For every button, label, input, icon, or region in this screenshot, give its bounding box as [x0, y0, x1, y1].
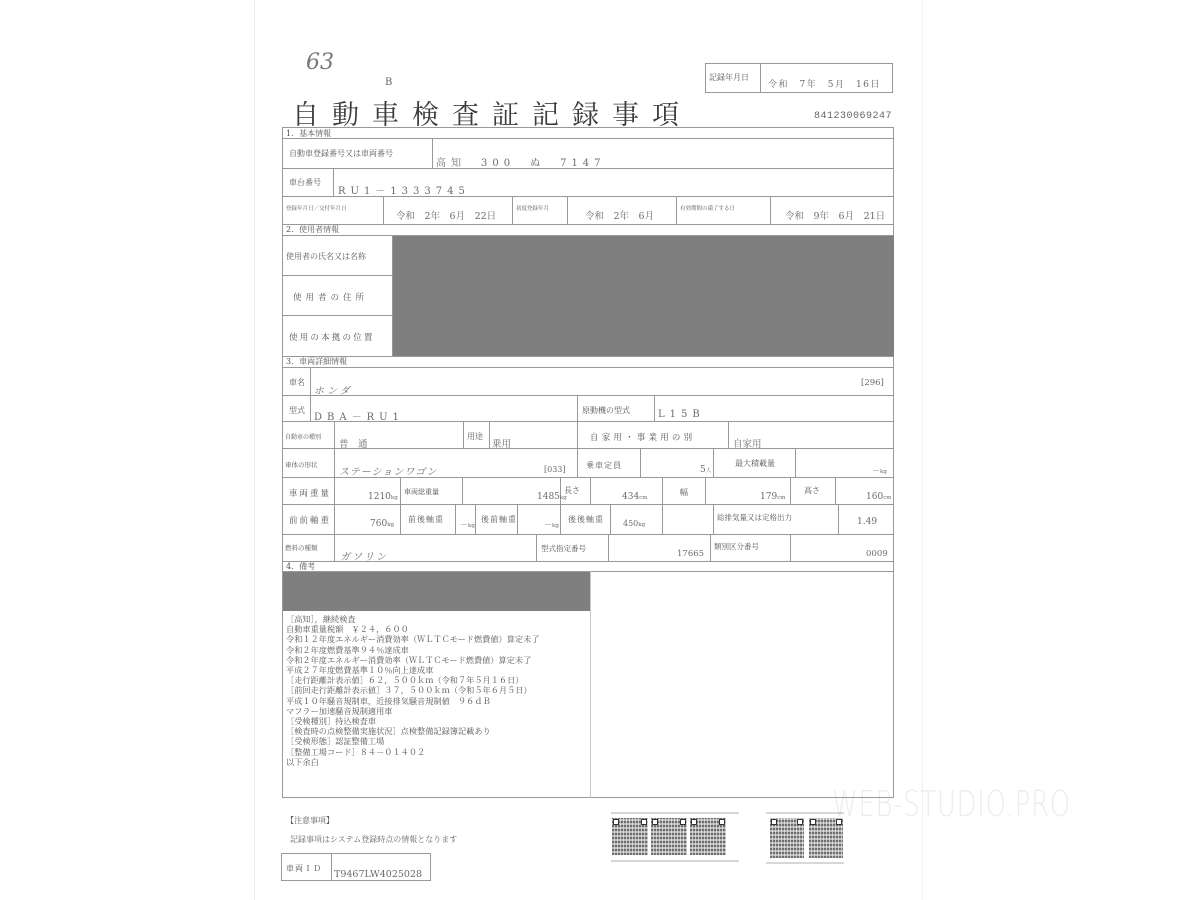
ff-axle-label: 前前軸重 [289, 514, 331, 526]
displacement-label: 総排気量又は定格出力 [717, 512, 792, 523]
remark-line: 令和１２年度エネルギー消費効率（ＷＬＴＣモード燃費値）算定未了 [286, 634, 540, 644]
remark-line: ［高知］，継続検査 [286, 614, 540, 624]
remark-line: ［受検形態］認証整備工場 [286, 736, 540, 746]
category-value: 0009 [866, 549, 888, 559]
rr-axle-label: 後後軸重 [568, 514, 604, 525]
section-vehicle-details [282, 356, 894, 562]
remark-line: ［受検種別］持込検査車 [286, 716, 540, 726]
length-label: 長さ [564, 485, 580, 496]
expiry-value: 令和 9年 6月 21日 [785, 208, 885, 222]
user-name-label: 使用者の氏名又は名称 [286, 251, 366, 262]
weight-label: 車両重量 [289, 487, 331, 499]
weight-value: 1210kg [368, 492, 398, 502]
notes-heading: 【注意事項】 [286, 815, 334, 826]
remark-line: 令和２年度エネルギー消費効率（ＷＬＴＣモード燃費値）算定未了 [286, 655, 540, 665]
width-label: 幅 [680, 487, 688, 498]
vehicle-type-label: 自動車の種別 [285, 432, 321, 441]
form-code: B [385, 77, 392, 88]
remark-line: 平成２７年度燃費基準１０％向上達成車 [286, 665, 540, 675]
notes-body: 記録事項はシステム登録時点の情報となります [290, 834, 457, 845]
gross-weight-value: 1485kg [537, 492, 567, 502]
model-label: 型式 [289, 405, 305, 416]
capacity-label: 乗車定員 [586, 460, 622, 471]
remark-line: ［前回走行距離計表示値］３７，５００ｋｍ（令和５年６月５日） [286, 685, 540, 695]
remark-line: 平成１０年騒音規制車，近接排気騒音規制値 ９６ｄＢ [286, 696, 540, 706]
watermark: WEB-STUDIO.PRO [832, 784, 1071, 825]
vehicle-id-value: T9467LW4025028 [334, 869, 422, 880]
max-load-label: 最大積載量 [735, 458, 775, 469]
chassis-label: 車台番号 [289, 177, 321, 188]
remark-line: ［走行距離計表示値］６２，５００ｋｍ（令和７年５月１６日） [286, 675, 540, 685]
gross-weight-label: 車両総重量 [404, 487, 439, 497]
fr-axle-value: －kg [460, 519, 475, 530]
chassis-value: RU1－1333745 [338, 182, 470, 197]
record-date-label: 記録年月日 [709, 72, 749, 83]
length-value: 434cm [622, 492, 647, 502]
make-label: 車名 [289, 377, 305, 388]
first-year-value: 令和 2年 6月 [585, 208, 654, 222]
qr-code-2 [651, 818, 687, 855]
user-address-label: 使用者の住所 [293, 291, 368, 303]
base-location-label: 使用の本拠の位置 [289, 331, 375, 343]
expiry-label: 有効期間の満了する日 [680, 204, 735, 212]
make-code: [296] [861, 378, 884, 388]
category-label: 類別区分番号 [714, 541, 759, 552]
page-left-edge [254, 0, 255, 900]
remark-line: 自動車重量税額 ￥２４，６００ [286, 624, 540, 634]
remark-line: 令和２年度燃費基準９４％達成車 [286, 645, 540, 655]
first-registration-value: 令和 2年 6月 22日 [396, 208, 496, 222]
private-business-label: 自家用・事業用の別 [590, 431, 695, 443]
fr-axle-label: 前後軸重 [408, 514, 444, 525]
qr-code-1 [612, 818, 648, 855]
width-value: 179cm [760, 492, 785, 502]
record-date-value: 令和 7年 5月 16日 [768, 77, 881, 90]
body-value: ステーションワゴン [339, 463, 437, 478]
use-label: 用途 [467, 431, 483, 442]
qr-code-3 [690, 818, 726, 855]
registration-value: 高知 300 ぬ 7147 [436, 154, 606, 169]
document-number: 841230069247 [814, 111, 892, 122]
body-code: [033] [544, 465, 566, 474]
redacted-user-info [393, 236, 894, 356]
ff-axle-value: 760kg [370, 519, 394, 529]
remark-line: ［整備工場コード］８４－０１４０２ [286, 747, 540, 757]
first-registration-label: 登録年月日／交付年月日 [286, 204, 347, 212]
fuel-label: 燃料の種類 [285, 543, 318, 552]
rf-axle-value: －kg [544, 519, 559, 530]
section3-title: 3．車両詳細情報 [286, 356, 347, 367]
remarks-list: ［高知］，継続検査自動車重量税額 ￥２４，６００令和１２年度エネルギー消費効率（… [286, 614, 540, 767]
height-label: 高さ [804, 485, 820, 496]
remark-line: ［検査時の点検整備実施状況］点検整備記録簿記載あり [286, 726, 540, 736]
displacement-value: 1.49 [857, 517, 877, 527]
qr-code-4 [770, 818, 804, 858]
engine-value: L15B [658, 409, 705, 420]
max-load-value: －kg [872, 465, 887, 476]
capacity-value: 5人 [700, 465, 711, 475]
first-year-label: 初度登録年月 [516, 204, 549, 212]
redacted-remarks [283, 572, 590, 611]
handwritten-mark: 63 [306, 50, 334, 75]
vehicle-id-label: 車両ＩＤ [286, 863, 322, 874]
rr-axle-value: 450kg [623, 519, 645, 528]
height-value: 160cm [866, 492, 891, 502]
remark-line: マフラー加速騒音規制適用車 [286, 706, 540, 716]
remark-line: 以下余白 [286, 757, 540, 767]
rf-axle-label: 後前軸重 [481, 514, 517, 525]
type-designation-label: 型式指定番号 [541, 543, 586, 554]
section2-title: 2．使用者情報 [286, 224, 339, 235]
body-label: 車体の形状 [285, 460, 318, 469]
type-designation-value: 17665 [677, 549, 704, 559]
page-right-edge [922, 0, 923, 900]
engine-label: 原動機の型式 [582, 405, 630, 416]
registration-label: 自動車登録番号又は車両番号 [289, 148, 393, 159]
